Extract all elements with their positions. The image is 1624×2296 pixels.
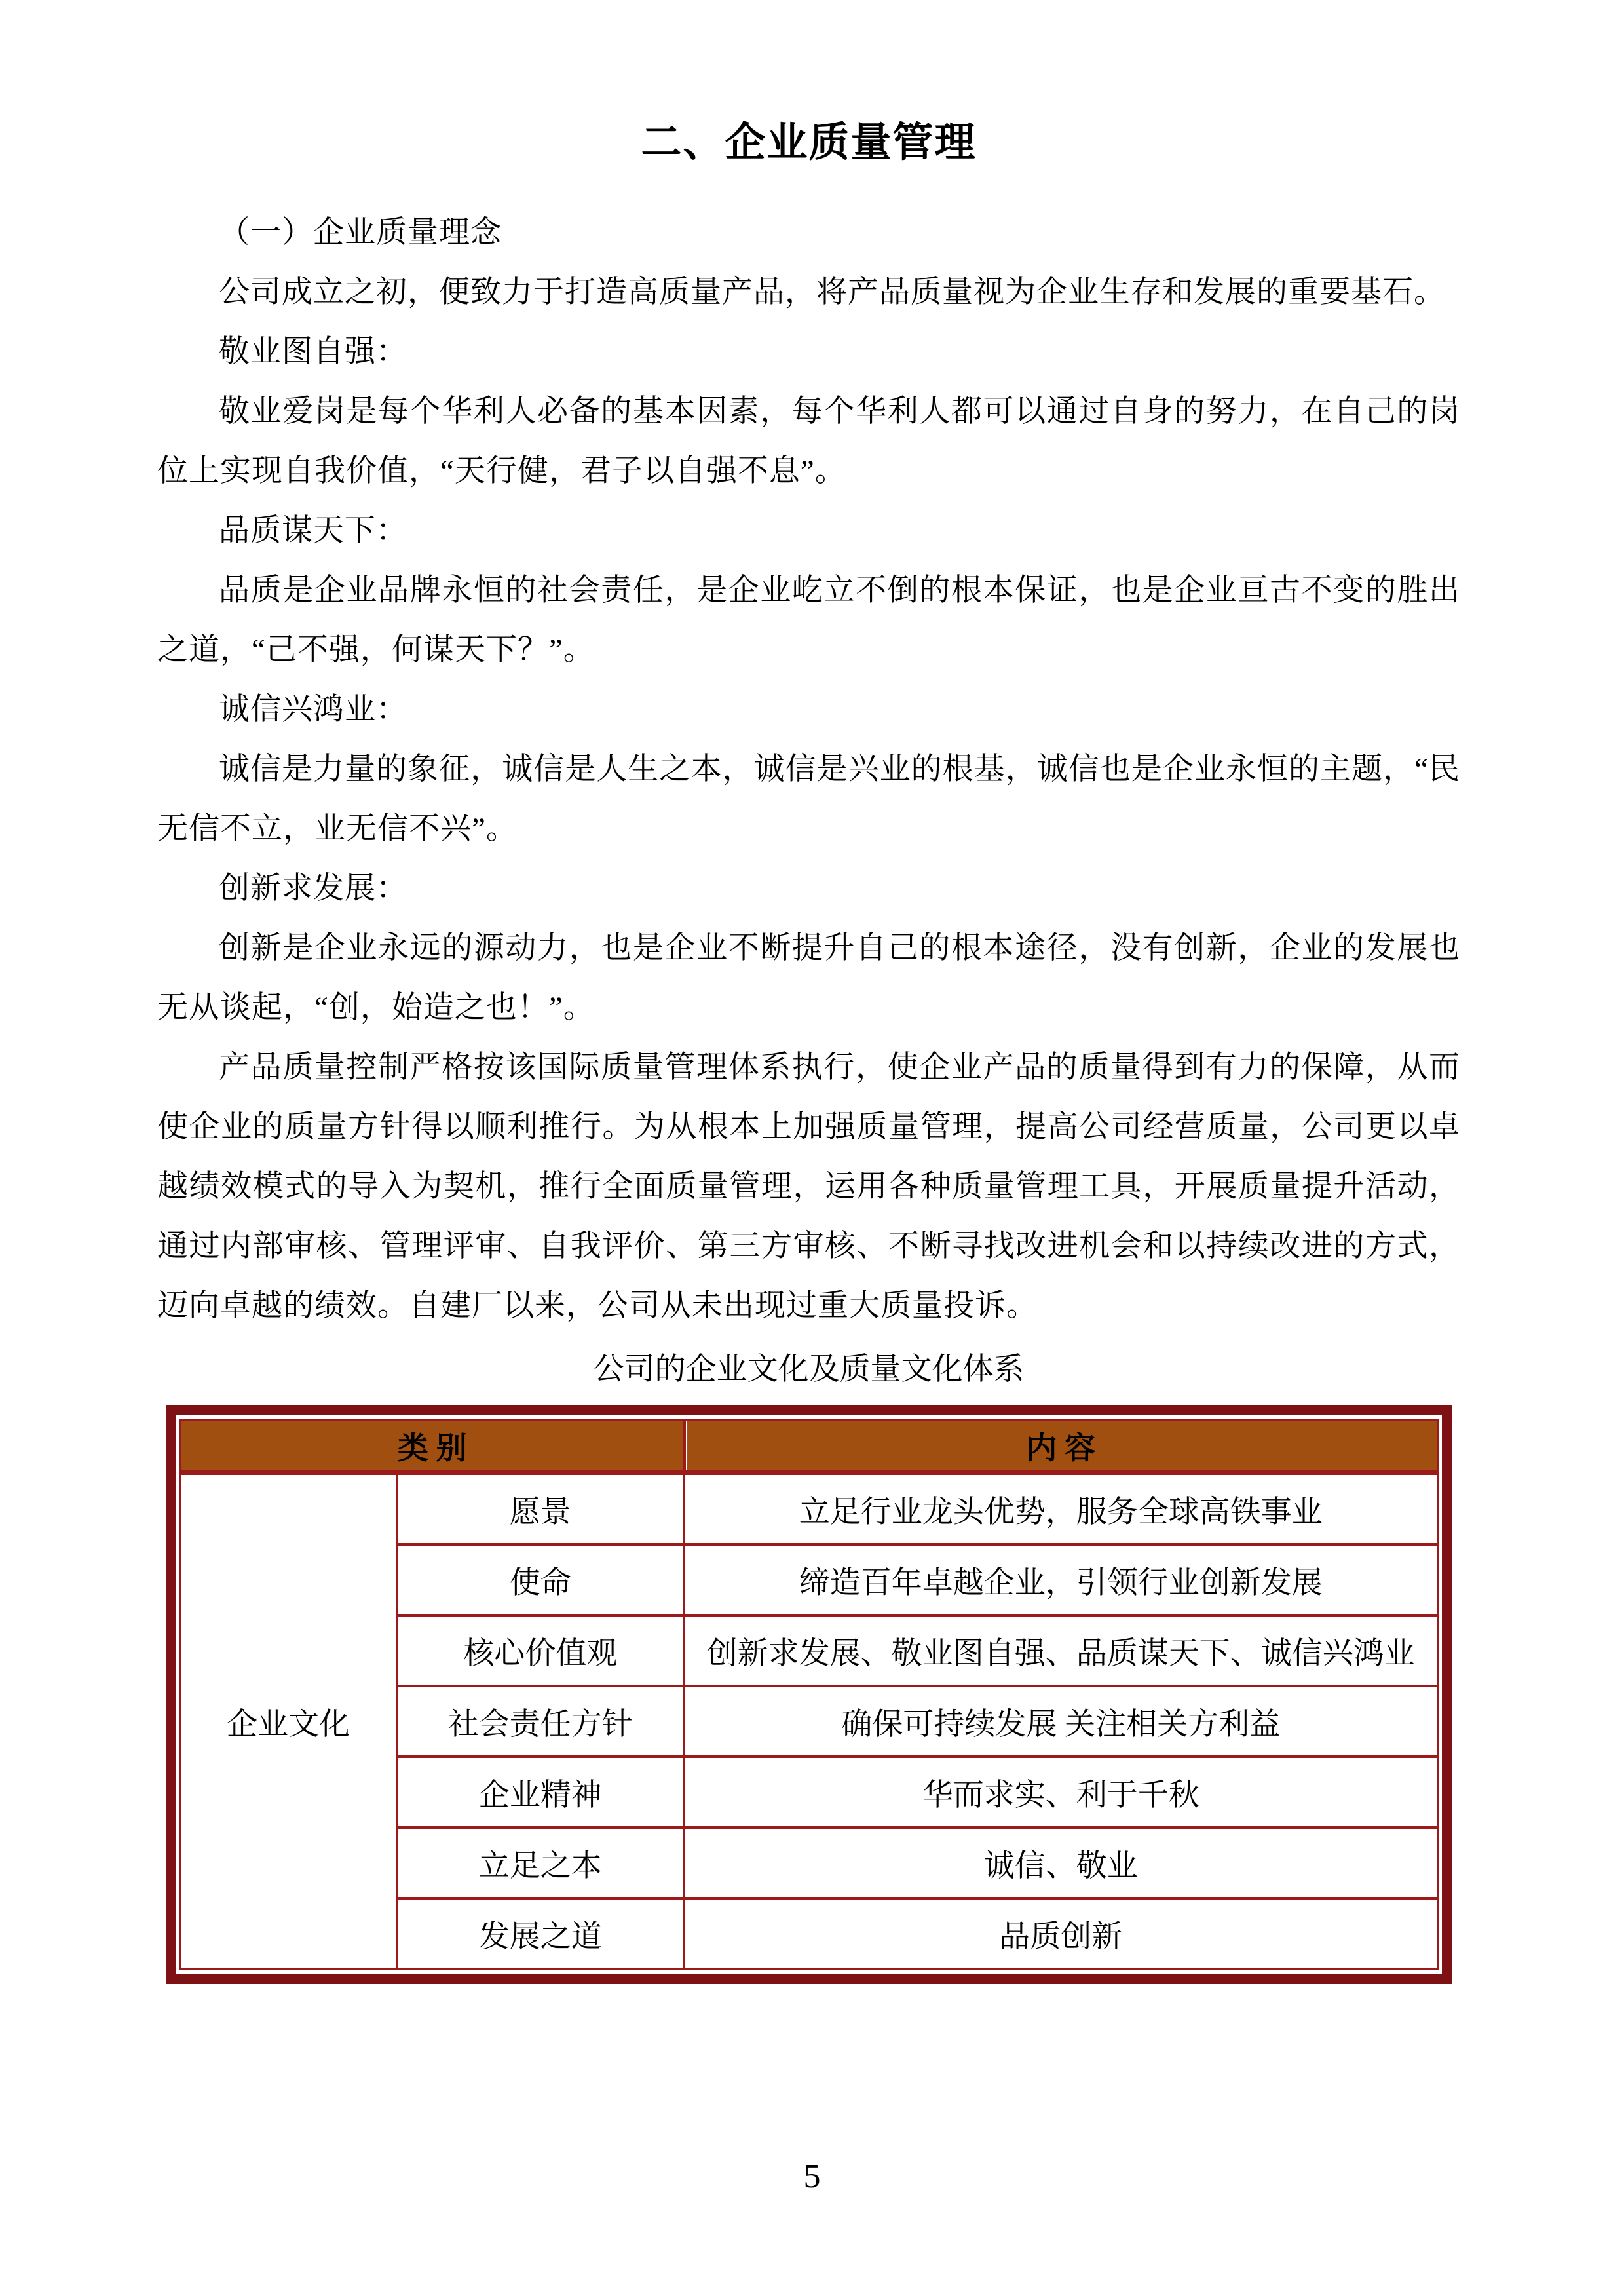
culture-table-frame: 类 别 内 容 企业文化 愿景 立足行业龙头优势，服务全球高铁事业 使命 缔造百… — [166, 1405, 1452, 1984]
motto-heading: 品质谋天下： — [157, 501, 1460, 561]
category-cell: 立足之本 — [396, 1827, 684, 1898]
category-cell: 愿景 — [396, 1473, 684, 1545]
header-cell-category: 类 别 — [180, 1420, 685, 1473]
paragraph: 品质是企业品牌永恒的社会责任，是企业屹立不倒的根本保证，也是企业亘古不变的胜出之… — [157, 561, 1460, 680]
category-cell: 企业精神 — [396, 1757, 684, 1827]
paragraph: 产品质量控制严格按该国际质量管理体系执行，使企业产品的质量得到有力的保障，从而使… — [157, 1038, 1460, 1336]
category-cell: 发展之道 — [396, 1898, 684, 1969]
document-content: 二、企业质量管理 （一）企业质量理念 公司成立之初，便致力于打造高质量产品，将产… — [0, 0, 1624, 1984]
content-cell: 确保可持续发展 关注相关方利益 — [685, 1686, 1438, 1757]
table-caption: 公司的企业文化及质量文化体系 — [157, 1340, 1460, 1400]
category-cell: 使命 — [396, 1544, 684, 1615]
merged-cell-culture: 企业文化 — [180, 1473, 396, 1970]
content-cell: 缔造百年卓越企业，引领行业创新发展 — [685, 1544, 1438, 1615]
motto-heading: 诚信兴鸿业： — [157, 680, 1460, 740]
content-cell: 创新求发展、敬业图自强、品质谋天下、诚信兴鸿业 — [685, 1615, 1438, 1686]
content-cell: 品质创新 — [685, 1898, 1438, 1969]
culture-table-header: 类 别 内 容 — [180, 1420, 1437, 1473]
motto-heading: 创新求发展： — [157, 859, 1460, 919]
paragraph: 创新是企业永远的源动力，也是企业不断提升自己的根本途径，没有创新，企业的发展也无… — [157, 919, 1460, 1038]
header-cell-content: 内 容 — [685, 1420, 1438, 1473]
paragraph: 敬业爱岗是每个华利人必备的基本因素，每个华利人都可以通过自身的努力，在自己的岗位… — [157, 382, 1460, 501]
category-cell: 核心价值观 — [396, 1615, 684, 1686]
paragraph: 诚信是力量的象征，诚信是人生之本，诚信是兴业的根基，诚信也是企业永恒的主题，“民… — [157, 740, 1460, 859]
category-cell: 社会责任方针 — [396, 1686, 684, 1757]
table-row: 企业文化 愿景 立足行业龙头优势，服务全球高铁事业 — [180, 1473, 1437, 1545]
document-page: 二、企业质量管理 （一）企业质量理念 公司成立之初，便致力于打造高质量产品，将产… — [0, 0, 1624, 2296]
culture-table: 类 别 内 容 企业文化 愿景 立足行业龙头优势，服务全球高铁事业 使命 缔造百… — [179, 1419, 1439, 1970]
content-cell: 诚信、敬业 — [685, 1827, 1438, 1898]
motto-heading: 敬业图自强： — [157, 322, 1460, 382]
header-content-label: 内 容 — [1026, 1432, 1095, 1466]
content-cell: 华而求实、利于千秋 — [685, 1757, 1438, 1827]
content-cell: 立足行业龙头优势，服务全球高铁事业 — [685, 1473, 1438, 1545]
paragraph: 公司成立之初，便致力于打造高质量产品，将产品质量视为企业生存和发展的重要基石。 — [157, 263, 1460, 322]
page-number: 5 — [0, 2157, 1624, 2196]
header-divider — [685, 1421, 688, 1470]
section-heading: （一）企业质量理念 — [157, 203, 1460, 263]
header-row: 类 别 内 容 — [180, 1420, 1437, 1473]
culture-table-body: 企业文化 愿景 立足行业龙头优势，服务全球高铁事业 使命 缔造百年卓越企业，引领… — [180, 1473, 1437, 1970]
document-title: 二、企业质量管理 — [157, 110, 1460, 176]
